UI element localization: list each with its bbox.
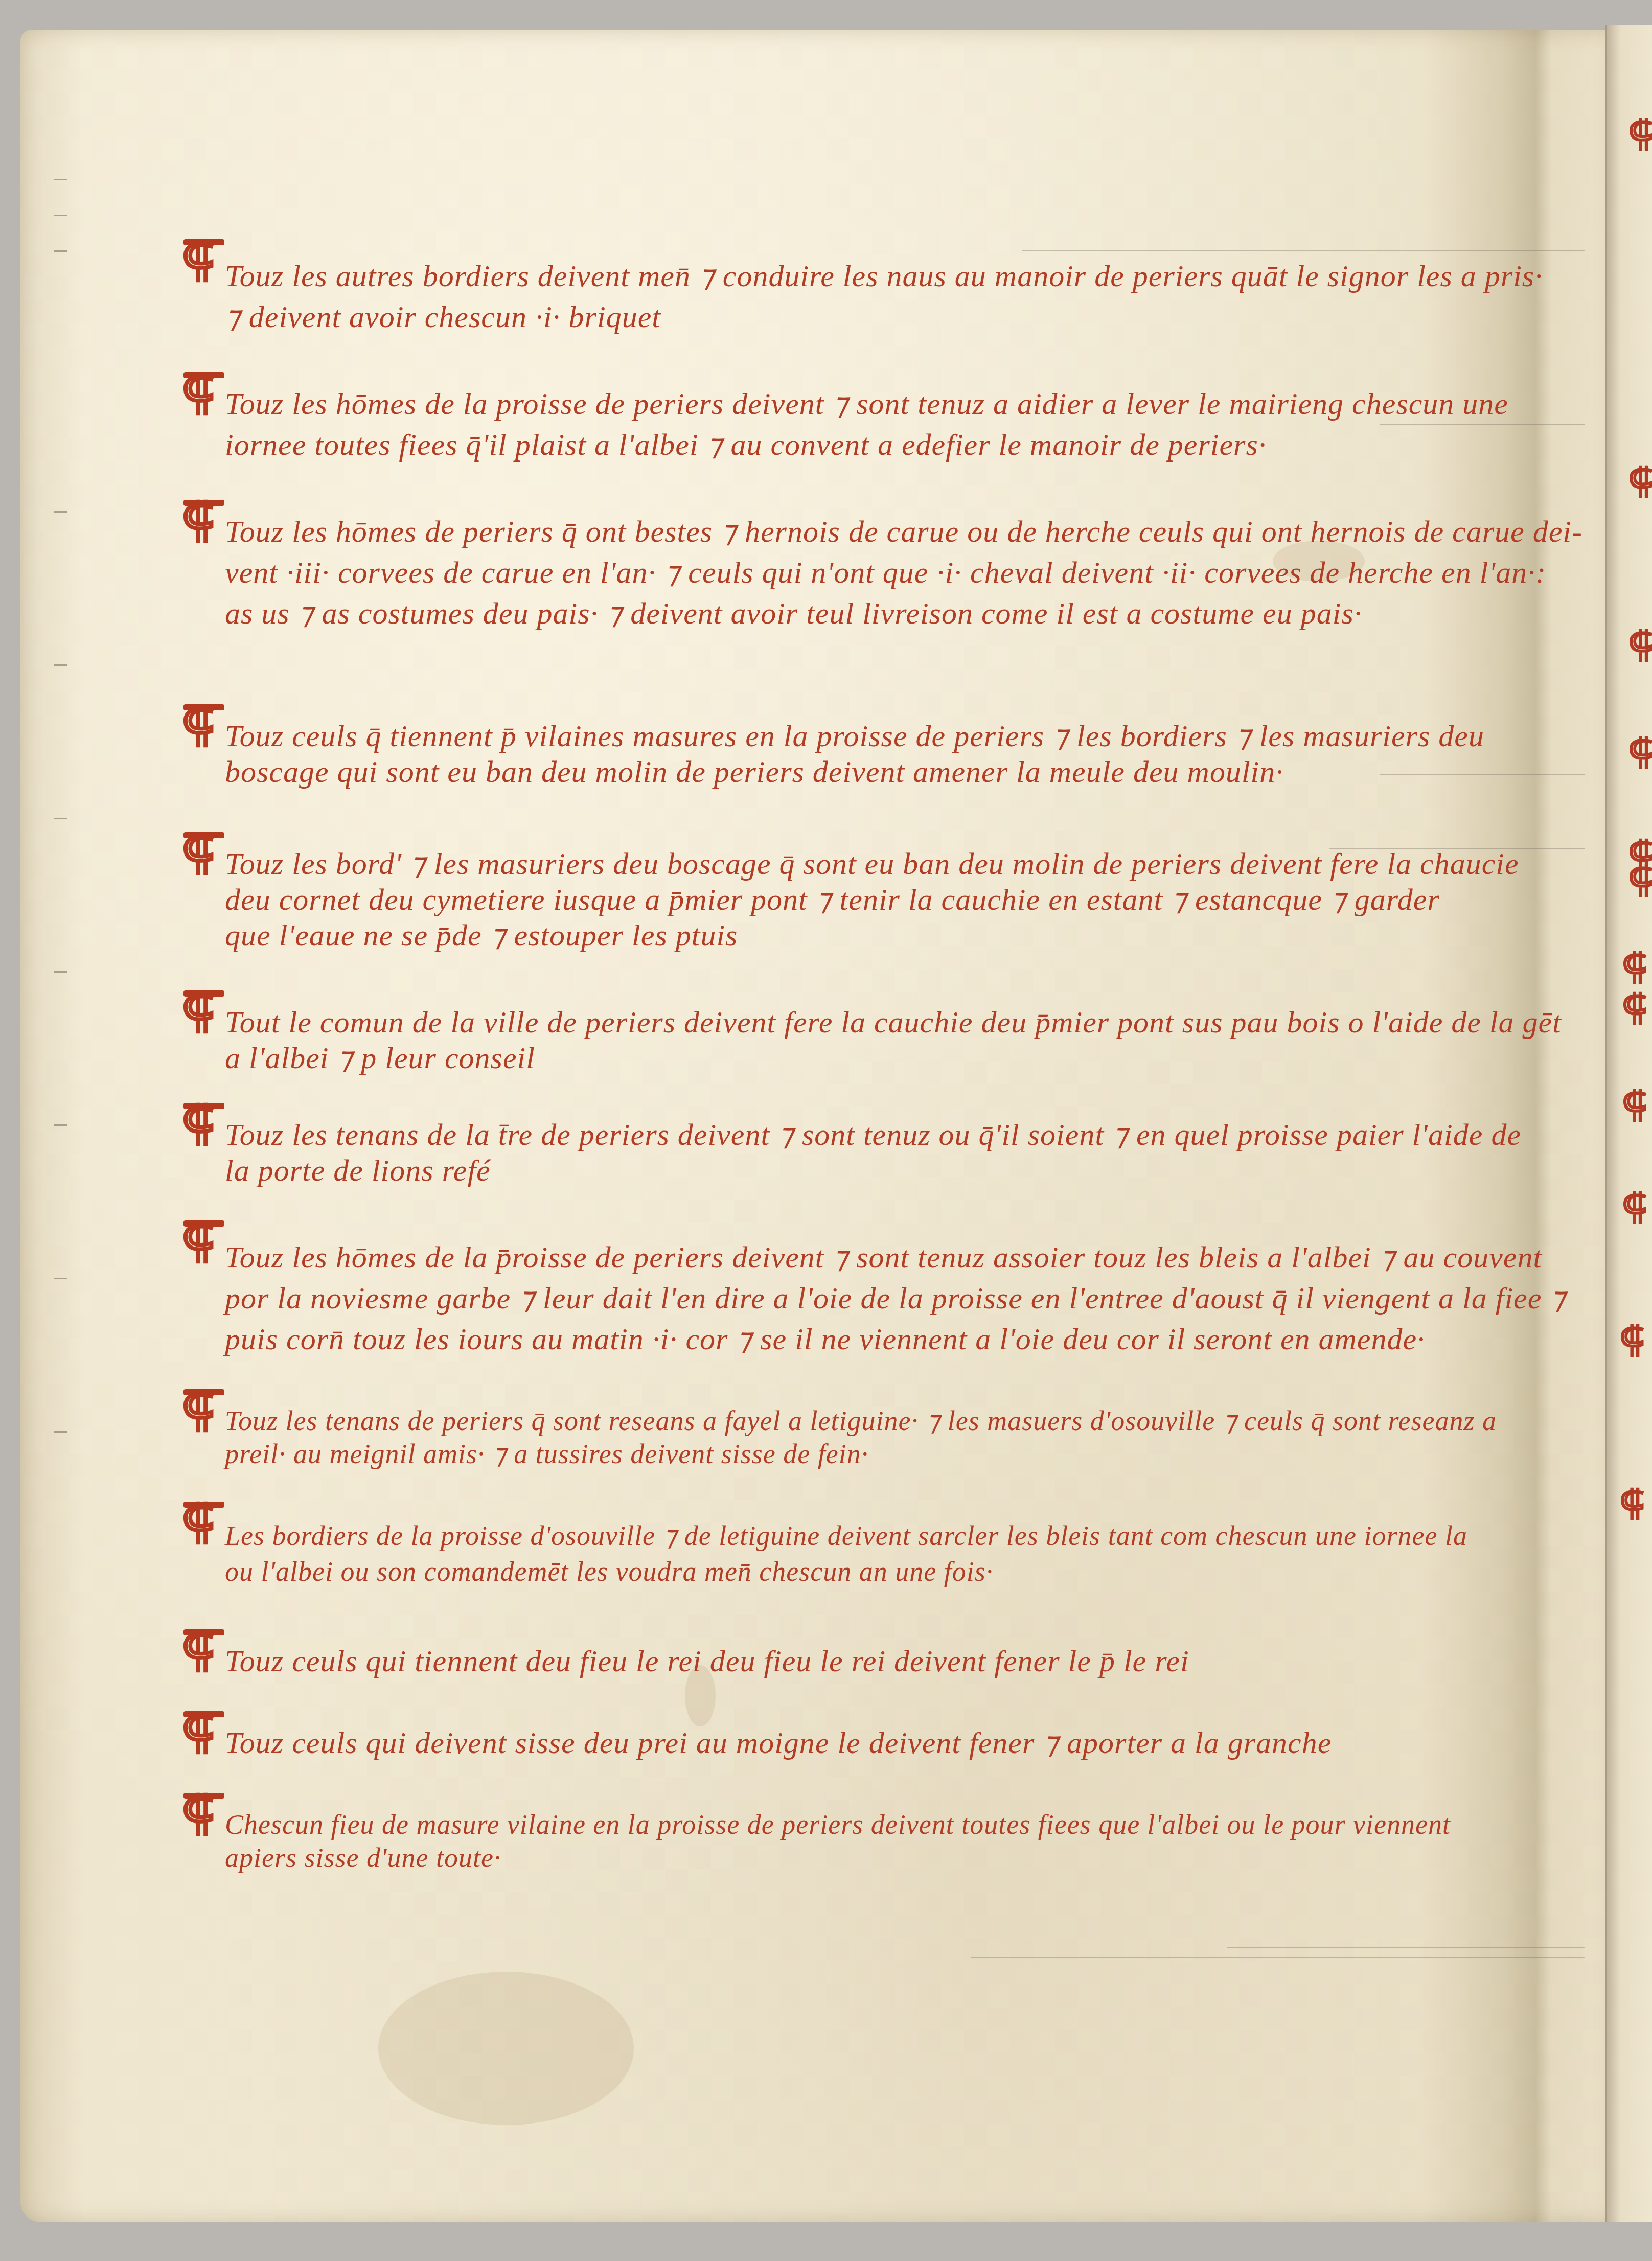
paragraph-mark-icon: ⸿ [1628,117,1652,152]
paragraph-mark-icon: ⸿ [181,1790,215,1837]
text-line: boscage qui sont eu ban deu molin de per… [225,751,1283,792]
paragraph-mark-icon: ⸿ [1628,628,1652,663]
stain [378,1972,634,2125]
text-line: Les bordiers de la proisse d'osouville ⁊… [225,1515,1467,1556]
text-line: Touz ceuls q̄ tiennent p̄ vilaines masur… [225,716,1484,756]
paragraph-mark-icon: ⸿ [181,497,215,544]
pricking-mark [54,971,67,973]
pricking-mark [54,250,67,252]
pricking-mark [54,179,67,180]
paragraph-mark-icon: ⸿ [1622,950,1647,985]
text-line: Touz les hōmes de la p̄roisse de periers… [225,1237,1542,1278]
pricking-mark [54,818,67,819]
ruling-line [1380,424,1585,425]
text-line: iornee toutes fiees q̄'il plaist a l'alb… [225,424,1267,465]
paragraph-mark-icon: ⸿ [181,987,215,1034]
paragraph-mark-icon: ⸿ [181,1100,215,1147]
text-line: la porte de lions refé [225,1150,491,1191]
text-line: Touz les bord' ⁊ les masuriers deu bosca… [225,843,1519,884]
ruling-line [971,1957,1585,1958]
paragraph-mark-icon: ⸿ [1628,464,1652,500]
paragraph-mark-icon: ⸿ [1619,1486,1645,1522]
pricking-mark [54,215,67,216]
pricking-mark [54,1278,67,1279]
ruling-line [1380,774,1585,775]
text-line: preil· au meignil amis· ⁊ a tussires dei… [225,1434,868,1474]
text-line: ⁊ deivent avoir chescun ·i· briquet [225,296,661,337]
paragraph-mark-icon: ⸿ [181,1498,215,1545]
text-line: deu cornet deu cymetiere iusque a p̄mier… [225,879,1440,920]
text-line: que l'eaue ne se p̄de ⁊ estouper les ptu… [225,915,738,956]
text-line: puis corn̄ touz les iours au matin ·i· c… [225,1319,1425,1359]
text-line: Touz les hōmes de la proisse de periers … [225,383,1508,424]
paragraph-mark-icon: ⸿ [1619,1323,1645,1358]
paragraph-mark-icon: ⸿ [181,1626,215,1673]
paragraph-mark-icon: ⸿ [1622,1190,1647,1226]
paragraph-mark-icon: ⸿ [1628,863,1652,898]
pricking-mark [54,1124,67,1126]
paragraph-mark-icon: ⸿ [1628,735,1652,771]
pricking-mark [54,511,67,513]
paragraph-mark-icon: ⸿ [181,1386,215,1433]
paragraph-mark-icon: ⸿ [181,236,215,283]
text-line: por la noviesme garbe ⁊ leur dait l'en d… [225,1278,1566,1319]
text-line: as us ⁊ as costumes deu pais· ⁊ deivent … [225,593,1362,634]
facing-leaf-edge: ⸿ ⸿ ⸿ ⸿ ⸿ ⸿ ⸿ ⸿ ⸿ ⸿ ⸿ ⸿ [1605,25,1652,2222]
paragraph-mark-icon: ⸿ [181,369,215,416]
paragraph-mark-icon: ⸿ [1622,1088,1647,1123]
paragraph-mark-icon: ⸿ [1622,990,1647,1026]
text-line: Touz les hōmes de periers q̄ ont bestes … [225,511,1582,552]
text-line: Touz les tenans de la t̄re de periers de… [225,1114,1521,1155]
paragraph-mark-icon: ⸿ [181,701,215,748]
paragraph-mark-icon: ⸿ [181,829,215,876]
text-line: Touz ceuls qui deivent sisse deu prei au… [225,1722,1332,1763]
text-line: apiers sisse d'une toute· [225,1837,501,1878]
ruling-line [1227,1947,1585,1948]
text-line: Touz les autres bordiers deivent men̄ ⁊ … [225,256,1543,296]
ruling-line [1022,250,1585,251]
pricking-mark [54,1431,67,1433]
paragraph-mark-icon: ⸿ [181,1708,215,1755]
text-line: Touz ceuls qui tiennent deu fieu le rei … [225,1641,1189,1681]
pricking-mark [54,664,67,666]
text-line: vent ·iii· corvees de carue en l'an· ⁊ c… [225,552,1546,593]
text-line: Tout le comun de la ville de periers dei… [225,1002,1562,1043]
paragraph-mark-icon: ⸿ [181,1217,215,1264]
text-line: a l'albei ⁊ p leur conseil [225,1037,535,1078]
text-line: ou l'albei ou son comandemēt les voudra … [225,1551,993,1592]
